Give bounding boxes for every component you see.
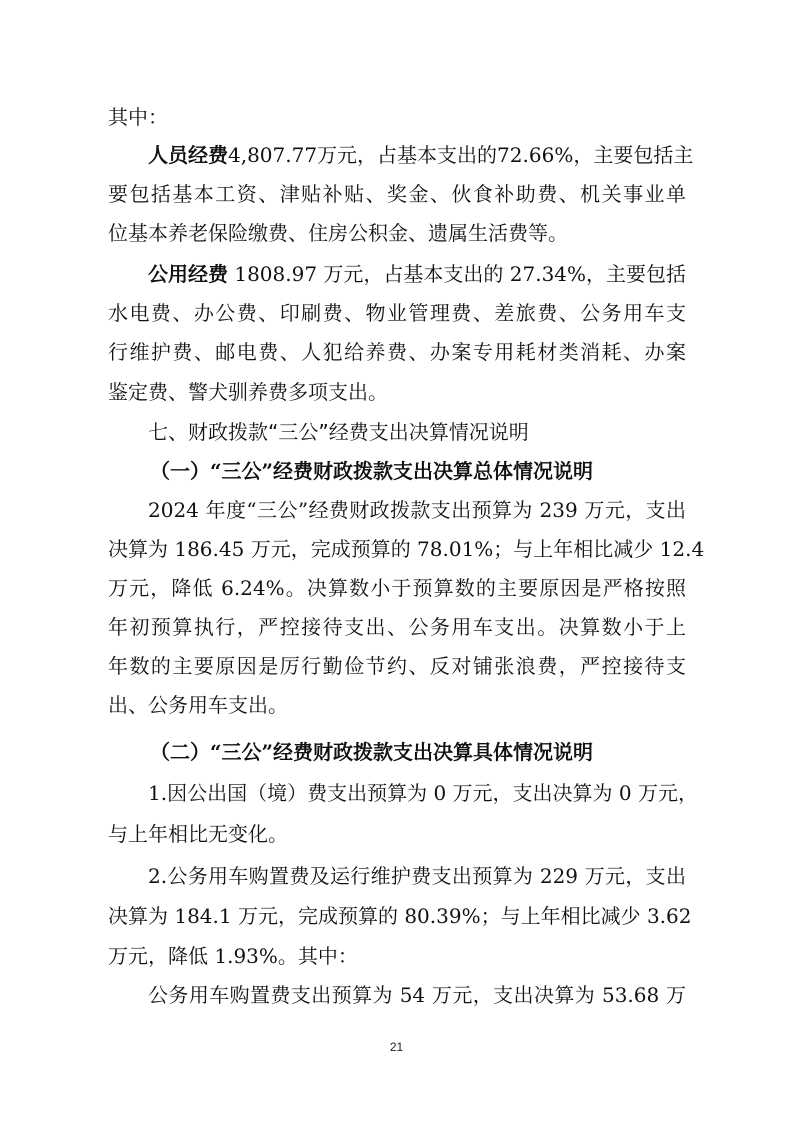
paragraph-line: 年数的主要原因是厉行勤俭节约、反对铺张浪费，严控接待支: [108, 654, 686, 678]
paragraph-line: 2.公务用车购置费及运行维护费支出预算为 229 万元，支出: [148, 864, 686, 888]
paragraph-line: 公务用车购置费支出预算为 54 万元，支出决算为 53.68 万: [148, 983, 686, 1007]
paragraph-line: 行维护费、邮电费、人犯给养费、办案专用耗材类消耗、办案: [108, 340, 686, 364]
paragraph-line: 其中：: [108, 105, 686, 129]
paragraph-line: 年初预算执行，严控接待支出、公务用车支出。决算数小于上: [108, 615, 686, 639]
paragraph-line: 水电费、办公费、印刷费、物业管理费、差旅费、公务用车支: [108, 301, 686, 325]
paragraph-line: 公用经费 1808.97 万元，占基本支出的 27.34%，主要包括: [148, 262, 686, 286]
line-text: 1808.97 万元，占基本支出的 27.34%，主要包括: [228, 262, 686, 286]
paragraph-line: 出、公务用车支出。: [108, 693, 686, 717]
paragraph-line: 鉴定费、警犬驯养费多项支出。: [108, 380, 686, 404]
paragraph-line: 万元，降低 1.93%。其中：: [108, 944, 686, 968]
paragraph-line: 要包括基本工资、津贴补贴、奖金、伙食补助费、机关事业单: [108, 182, 686, 206]
paragraph-line: 决算为 184.1 万元，完成预算的 80.39%；与上年相比减少 3.62: [108, 904, 686, 928]
paragraph-line: 人员经费4,807.77万元，占基本支出的72.66%，主要包括主: [148, 143, 686, 167]
document-page: 其中： 人员经费4,807.77万元，占基本支出的72.66%，主要包括主 要包…: [0, 0, 793, 1122]
section-heading: 七、财政拨款“三公”经费支出决算情况说明: [148, 420, 686, 444]
paragraph-line: 位基本养老保险缴费、住房公积金、遗属生活费等。: [108, 221, 686, 245]
subsection-heading: （二）“三公”经费财政拨款支出决算具体情况说明: [150, 740, 690, 764]
paragraph-line: 决算为 186.45 万元，完成预算的 78.01%；与上年相比减少 12.4: [108, 537, 686, 561]
paragraph-line: 1.因公出国（境）费支出预算为 0 万元，支出决算为 0 万元，: [148, 781, 686, 805]
bold-term: 人员经费: [148, 143, 228, 167]
subsection-heading: （一）“三公”经费财政拨款支出决算总体情况说明: [150, 459, 690, 483]
paragraph-line: 与上年相比无变化。: [108, 822, 686, 846]
paragraph-line: 万元，降低 6.24%。决算数小于预算数的主要原因是严格按照: [108, 576, 686, 600]
paragraph-line: 2024 年度“三公”经费财政拨款支出预算为 239 万元，支出: [148, 498, 686, 522]
page-number: 21: [0, 1040, 793, 1054]
line-text: 4,807.77万元，占基本支出的72.66%，主要包括主: [228, 143, 693, 167]
bold-term: 公用经费: [148, 262, 228, 286]
